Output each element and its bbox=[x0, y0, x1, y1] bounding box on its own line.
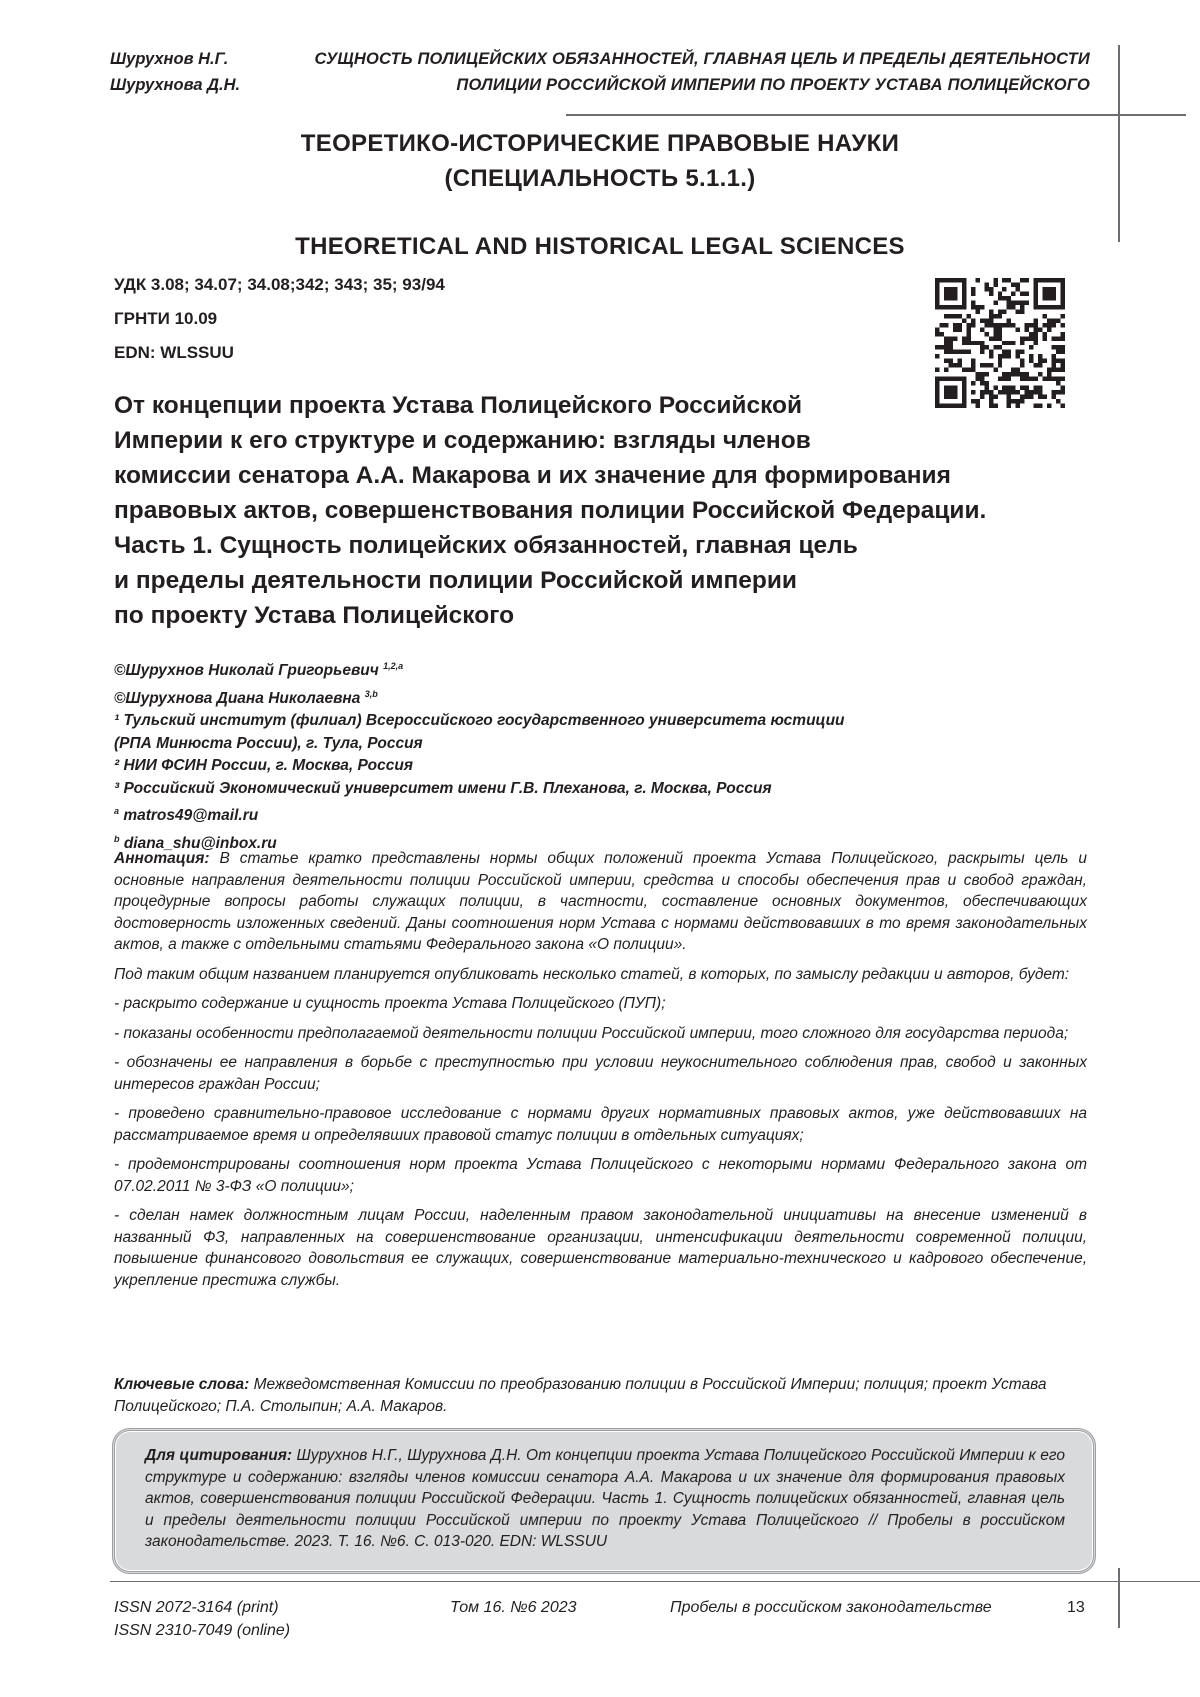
page-number: 13 bbox=[1067, 1596, 1085, 1619]
article-title-line: Империи к его структуре и содержанию: вз… bbox=[114, 423, 1074, 458]
issn-print: ISSN 2072-3164 (print) bbox=[114, 1596, 290, 1619]
citation-text: Для цитирования: Шурухнов Н.Г., Шурухнов… bbox=[145, 1445, 1065, 1553]
article-title-line: Часть 1. Сущность полицейских обязанност… bbox=[114, 528, 1074, 563]
authors-block: ©Шурухнов Николай Григорьевич 1,2,a ©Шур… bbox=[114, 655, 1074, 855]
email-sup: b bbox=[114, 834, 120, 844]
running-header-author-1: Шурухнов Н.Г. bbox=[110, 46, 228, 72]
issn-online: ISSN 2310-7049 (online) bbox=[114, 1619, 290, 1642]
footer-volume: Том 16. №6 2023 bbox=[450, 1596, 577, 1619]
affiliation: ³ Российский Экономический университет и… bbox=[114, 778, 1074, 801]
author-name: ©Шурухнова Диана Николаевна bbox=[114, 690, 360, 707]
section-title-ru: ТЕОРЕТИКО-ИСТОРИЧЕСКИЕ ПРАВОВЫЕ НАУКИ (С… bbox=[0, 126, 1200, 196]
abstract-item: - проведено сравнительно-правовое исслед… bbox=[114, 1103, 1087, 1146]
abstract-paragraph: Аннотация: В статье кратко представлены … bbox=[114, 848, 1087, 956]
classification-codes: УДК 3.08; 34.07; 34.08;342; 343; 35; 93/… bbox=[114, 274, 445, 376]
abstract-item: - обозначены ее направления в борьбе с п… bbox=[114, 1052, 1087, 1095]
abstract-item: - показаны особенности предполагаемой де… bbox=[114, 1023, 1087, 1045]
abstract-item: - раскрыто содержание и сущность проекта… bbox=[114, 993, 1087, 1015]
author-sup: 3,b bbox=[365, 689, 378, 699]
author-2: ©Шурухнова Диана Николаевна 3,b bbox=[114, 683, 1074, 711]
udk-code: УДК 3.08; 34.07; 34.08;342; 343; 35; 93/… bbox=[114, 274, 445, 308]
article-title: От концепции проекта Устава Полицейского… bbox=[114, 388, 1074, 633]
article-title-line: комиссии сенатора А.А. Макарова и их зна… bbox=[114, 458, 1074, 493]
footer-vertical-rule bbox=[1118, 1568, 1120, 1628]
abstract-label: Аннотация: bbox=[114, 850, 210, 867]
author-name: ©Шурухнов Николай Григорьевич bbox=[114, 662, 379, 679]
abstract: Аннотация: В статье кратко представлены … bbox=[114, 848, 1087, 1299]
section-title-ru-line-2: (СПЕЦИАЛЬНОСТЬ 5.1.1.) bbox=[0, 161, 1200, 196]
article-title-line: правовых актов, совершенствования полици… bbox=[114, 493, 1074, 528]
author-1: ©Шурухнов Николай Григорьевич 1,2,a bbox=[114, 655, 1074, 683]
running-header-title-line-1: СУЩНОСТЬ ПОЛИЦЕЙСКИХ ОБЯЗАННОСТЕЙ, ГЛАВН… bbox=[315, 46, 1090, 72]
abstract-intro: Под таким общим названием планируется оп… bbox=[114, 964, 1087, 986]
grnti-code: ГРНТИ 10.09 bbox=[114, 308, 445, 342]
email-a: a matros49@mail.ru bbox=[114, 800, 1074, 828]
footer-issn: ISSN 2072-3164 (print) ISSN 2310-7049 (o… bbox=[114, 1596, 290, 1642]
email-link[interactable]: matros49@mail.ru bbox=[123, 807, 258, 824]
citation-label: Для цитирования: bbox=[145, 1447, 292, 1464]
keywords: Ключевые слова: Межведомственная Комисси… bbox=[114, 1374, 1087, 1417]
footer-journal-name: Пробелы в российском законодательстве bbox=[670, 1596, 992, 1619]
section-title-ru-line-1: ТЕОРЕТИКО-ИСТОРИЧЕСКИЕ ПРАВОВЫЕ НАУКИ bbox=[0, 126, 1200, 161]
header-rule bbox=[566, 114, 1186, 116]
article-title-line: по проекту Устава Полицейского bbox=[114, 598, 1074, 633]
affiliation: ¹ Тульский институт (филиал) Всероссийск… bbox=[114, 710, 1074, 733]
citation-box: Для цитирования: Шурухнов Н.Г., Шурухнов… bbox=[112, 1428, 1096, 1574]
article-title-line: и пределы деятельности полиции Российско… bbox=[114, 563, 1074, 598]
footer-rule bbox=[110, 1581, 1200, 1582]
keywords-label: Ключевые слова: bbox=[114, 1376, 249, 1393]
running-header-author-2: Шурухнова Д.Н. bbox=[110, 72, 240, 98]
keywords-text: Межведомственная Комиссии по преобразова… bbox=[114, 1376, 1047, 1415]
abstract-item: - продемонстрированы соотношения норм пр… bbox=[114, 1154, 1087, 1197]
abstract-text: В статье кратко представлены нормы общих… bbox=[114, 850, 1087, 953]
abstract-item: - сделан намек должностным лицам России,… bbox=[114, 1205, 1087, 1291]
affiliation: (РПА Минюста России), г. Тула, Россия bbox=[114, 733, 1074, 756]
affiliation: ² НИИ ФСИН России, г. Москва, Россия bbox=[114, 755, 1074, 778]
email-sup: a bbox=[114, 806, 119, 816]
running-header: Шурухнов Н.Г. СУЩНОСТЬ ПОЛИЦЕЙСКИХ ОБЯЗА… bbox=[110, 46, 1090, 98]
author-sup: 1,2,a bbox=[383, 661, 403, 671]
edn-code: EDN: WLSSUU bbox=[114, 342, 445, 376]
running-header-title-line-2: ПОЛИЦИИ РОССИЙСКОЙ ИМПЕРИИ ПО ПРОЕКТУ УС… bbox=[456, 72, 1090, 98]
article-title-line: От концепции проекта Устава Полицейского… bbox=[114, 388, 1074, 423]
section-title-en: THEORETICAL AND HISTORICAL LEGAL SCIENCE… bbox=[0, 232, 1200, 262]
